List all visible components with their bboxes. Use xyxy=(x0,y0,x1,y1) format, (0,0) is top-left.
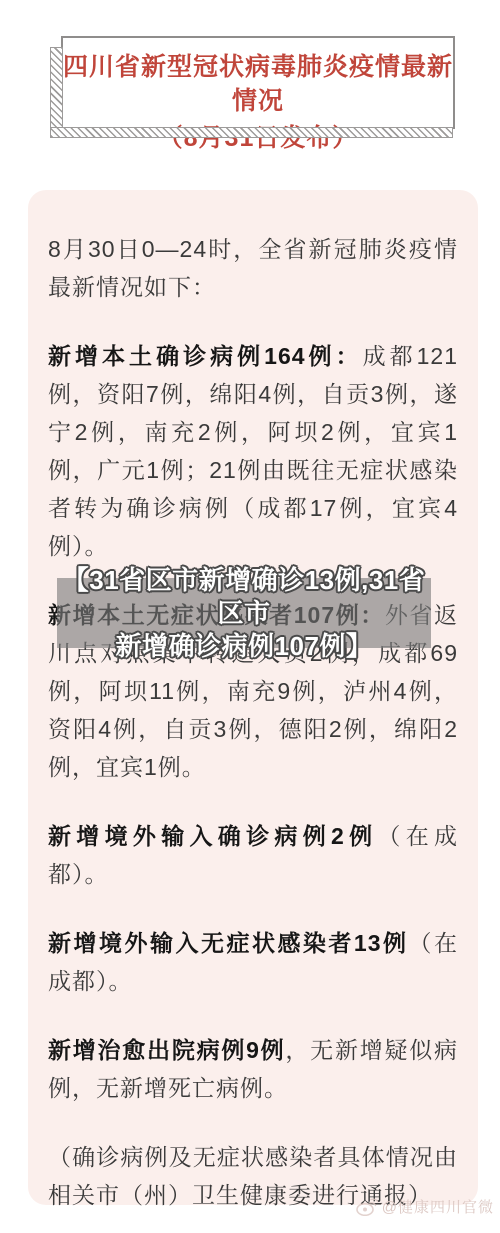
paragraph-bold: 新增境外输入确诊病例2例 xyxy=(48,823,377,849)
header-card: 四川省新型冠状病毒肺炎疫情最新情况 （8月31日发布） xyxy=(61,36,455,129)
paragraph-bold: 新增本土确诊病例164例： xyxy=(48,343,363,369)
weibo-icon xyxy=(356,1198,378,1216)
body-card: 8月30日0—24时，全省新冠肺炎疫情最新情况如下： 新增本土确诊病例164例：… xyxy=(28,190,478,1205)
watermark-handle: @健康四川官微 xyxy=(382,1196,494,1217)
paragraph-intro: 8月30日0—24时，全省新冠肺炎疫情最新情况如下： xyxy=(48,230,458,306)
paragraph-imported-confirmed: 新增境外输入确诊病例2例（在成都）。 xyxy=(48,817,458,893)
caption-line-2: 新增确诊病例107例】 xyxy=(116,630,373,663)
paragraph-bold: 新增治愈出院病例9例 xyxy=(48,1037,285,1063)
poster: 四川省新型冠状病毒肺炎疫情最新情况 （8月31日发布） 8月30日0—24时，全… xyxy=(0,0,500,1233)
caption-line-1: 【31省区市新增确诊13例,31省区市 xyxy=(57,564,431,630)
paragraph-recovered: 新增治愈出院病例9例，无新增疑似病例，无新增死亡病例。 xyxy=(48,1031,458,1107)
paragraph-text: 成都121例，资阳7例，绵阳4例，自贡3例，遂宁2例，南充2例，阿坝2例，宜宾1… xyxy=(48,343,458,559)
paragraph-bold: 新增境外输入无症状感染者13例 xyxy=(48,930,409,956)
news-caption-overlay: 【31省区市新增确诊13例,31省区市 新增确诊病例107例】 xyxy=(57,578,431,648)
watermark: @健康四川官微 xyxy=(356,1196,494,1217)
paragraph-local-confirmed: 新增本土确诊病例164例：成都121例，资阳7例，绵阳4例，自贡3例，遂宁2例，… xyxy=(48,337,458,565)
paragraph-text: 8月30日0—24时，全省新冠肺炎疫情最新情况如下： xyxy=(48,236,458,300)
paragraph-imported-asymptomatic: 新增境外输入无症状感染者13例（在成都）。 xyxy=(48,924,458,1000)
poster-title: 四川省新型冠状病毒肺炎疫情最新情况 xyxy=(63,50,453,118)
poster-subtitle: （8月31日发布） xyxy=(63,118,453,158)
